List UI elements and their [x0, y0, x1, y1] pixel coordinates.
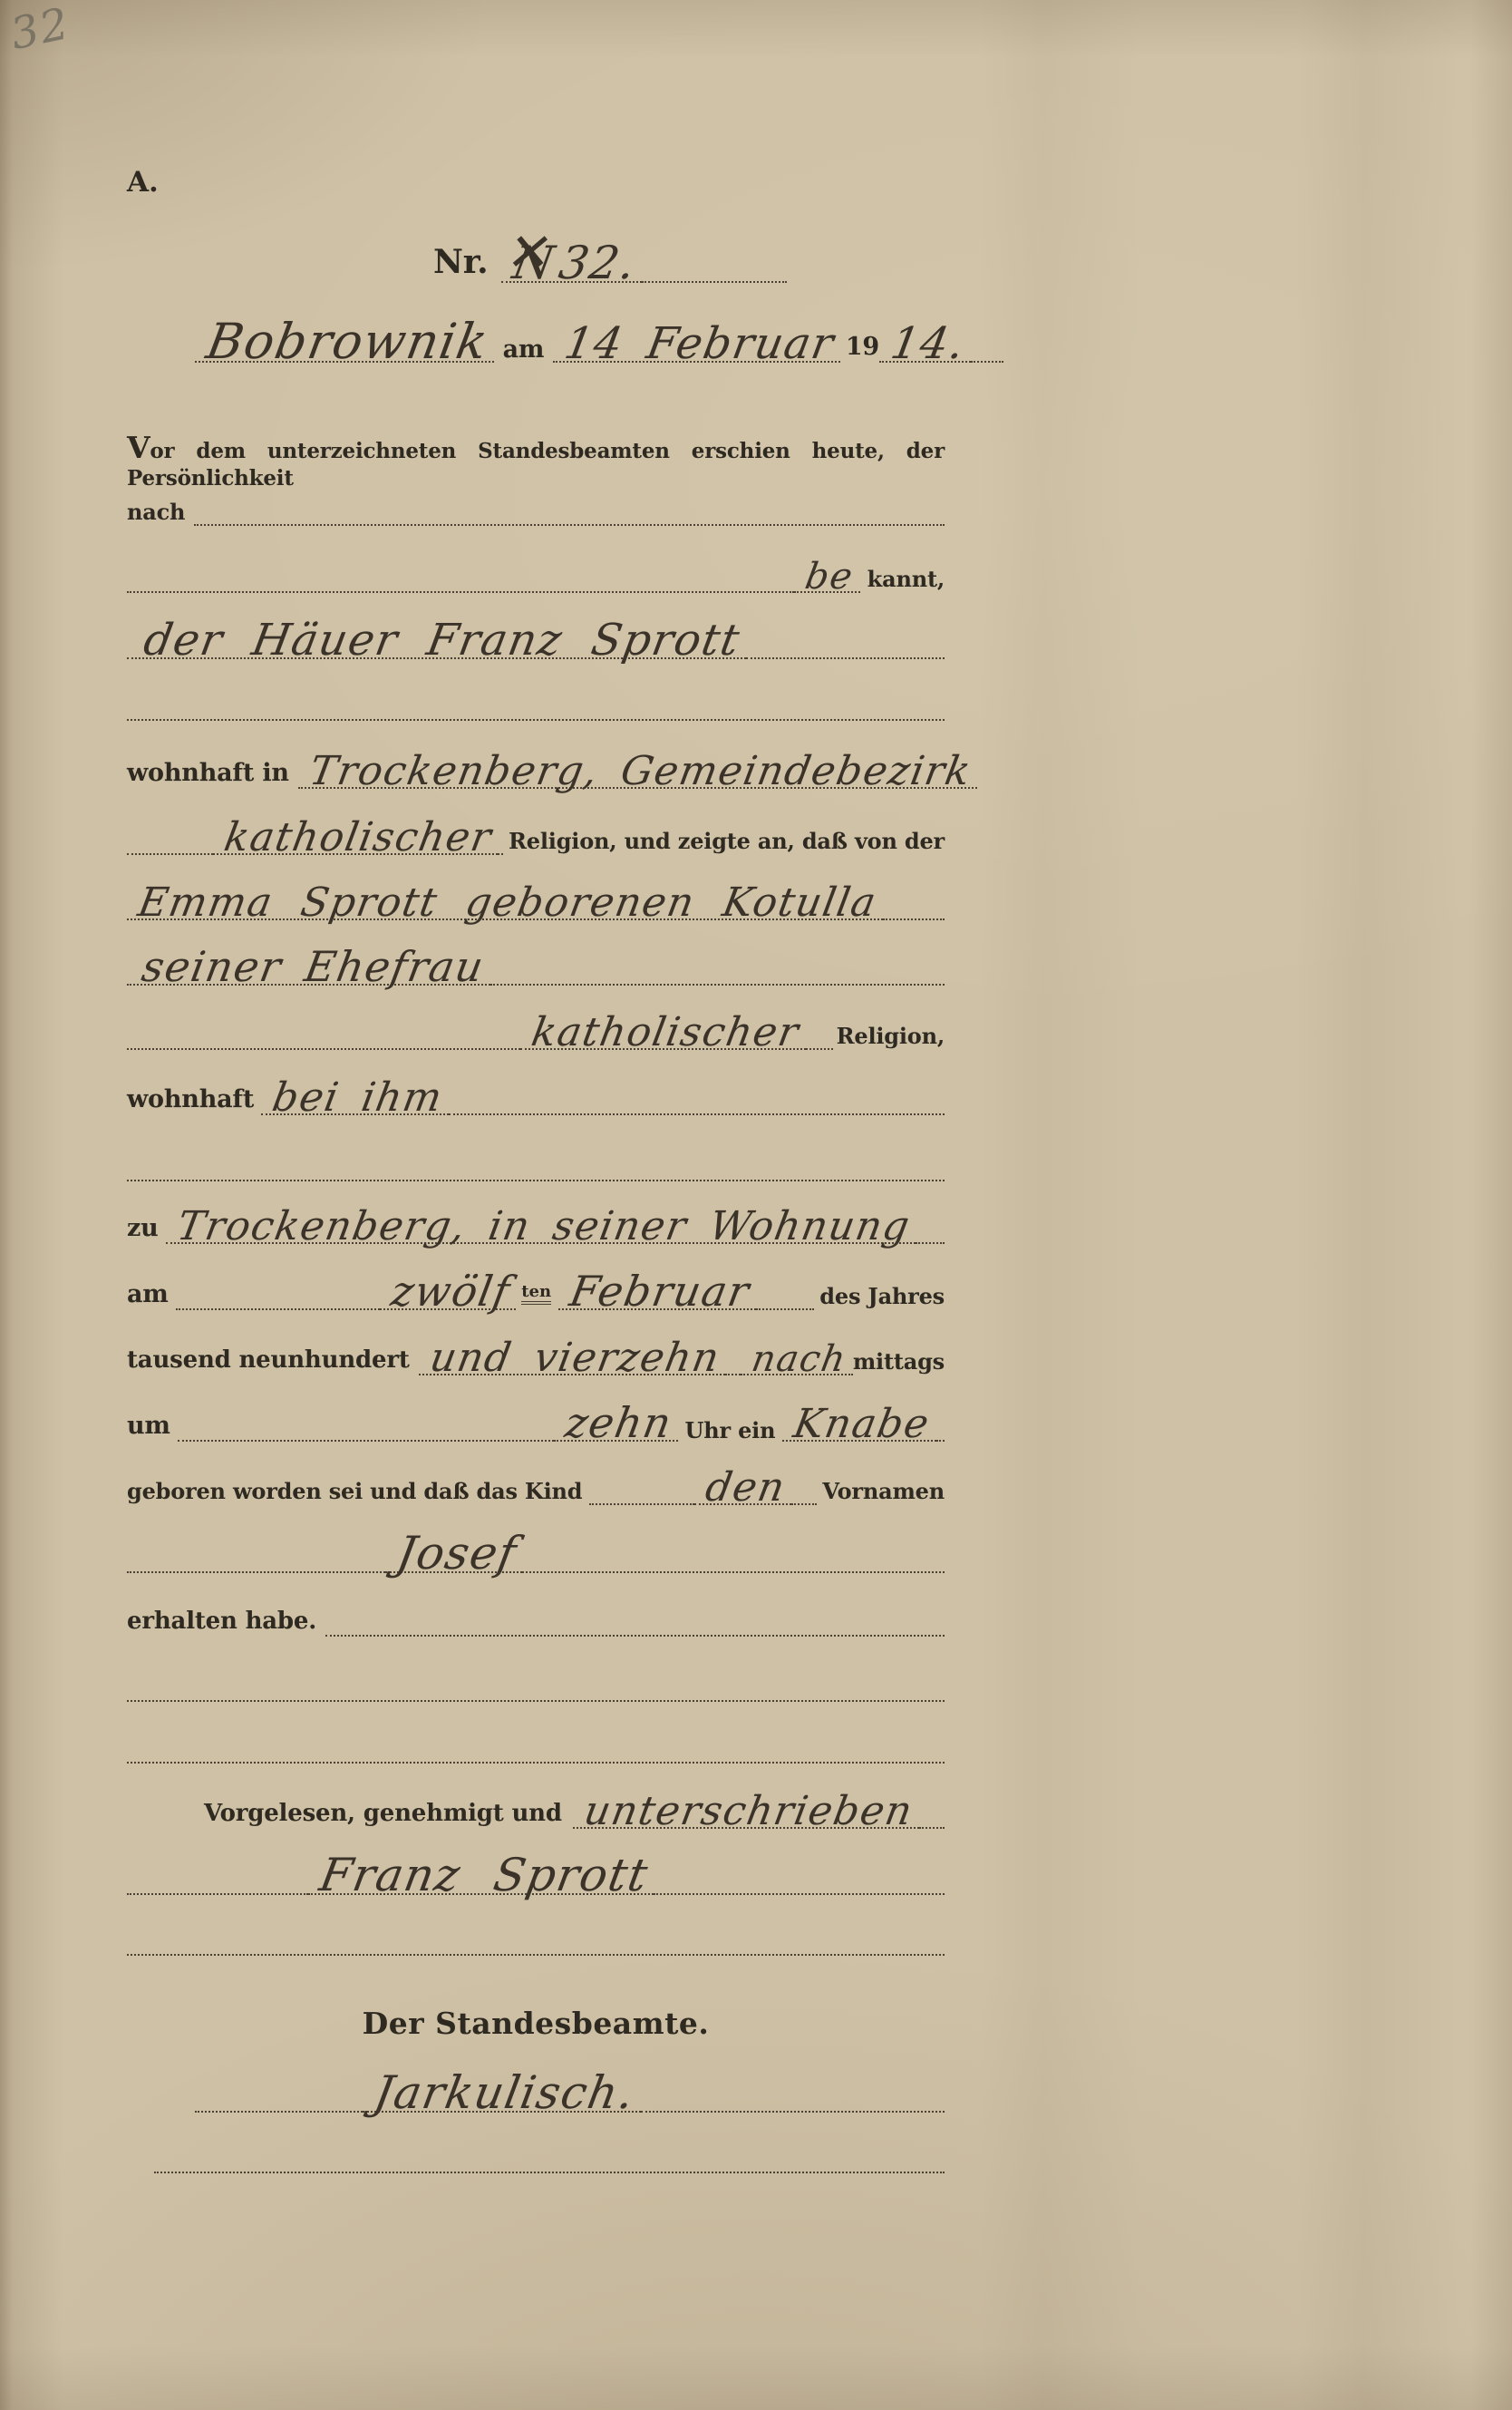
registrar-signature-row: Jarkulisch.	[195, 2045, 945, 2113]
dotted-rule	[589, 1503, 694, 1505]
dotted-rule	[127, 1048, 520, 1050]
blank-rule-row	[127, 1736, 945, 1764]
dotted-rule	[916, 1242, 945, 1244]
dotted-rule	[178, 1440, 554, 1442]
dotted-rule	[806, 1048, 833, 1050]
name-clause-prefix: geboren worden sei und daß das Kind	[127, 1480, 582, 1502]
dotted-rule	[498, 853, 503, 855]
meridiem-entry: nach	[741, 1345, 853, 1375]
bekannt-row: be kannt,	[127, 539, 945, 593]
dotted-rule	[746, 657, 945, 659]
record-number-row: Nr. N✕ 32.	[433, 218, 787, 283]
birth-month-entry: Februar	[558, 1275, 756, 1310]
blank-rule-row	[127, 1675, 945, 1702]
residence-text: Trockenberg, Gemeindebezirk	[307, 755, 974, 787]
dotted-rule	[127, 1571, 385, 1573]
bekannt-entry: be	[794, 562, 859, 593]
birth-place-label: zu	[127, 1216, 159, 1241]
dotted-rule	[127, 853, 213, 855]
dotted-rule	[154, 2172, 945, 2173]
birth-year-row: tausend neunhundert und vierzehn nach mi…	[127, 1317, 945, 1375]
dotted-rule	[195, 2111, 363, 2113]
dotted-rule	[490, 984, 945, 986]
residence-entry: Trockenberg, Gemeindebezirk	[298, 755, 977, 789]
ordinal-suffix: ten	[521, 1284, 551, 1305]
birth-time-row: um zehn Uhr ein Knabe	[127, 1383, 945, 1442]
dotted-rule	[791, 1503, 817, 1505]
religion-mother-printed: Religion,	[837, 1025, 945, 1047]
day-month-entry: 14 Februar	[553, 326, 840, 363]
dotted-rule	[127, 591, 794, 593]
child-sex-entry: Knabe	[782, 1408, 935, 1442]
dotted-rule	[176, 1308, 380, 1310]
name-clause-entry: den	[694, 1472, 791, 1505]
birth-place-text: Trockenberg, in seiner Wohnung	[175, 1210, 913, 1242]
birth-date-am-label: am	[127, 1282, 169, 1307]
birth-day-entry: zwölf	[380, 1275, 517, 1310]
religion-father-row: katholischer Religion, und zeigte an, da…	[127, 801, 945, 855]
blank-rule-row	[127, 694, 945, 721]
year-entry: 14.	[879, 326, 971, 363]
residence-label: wohnhaft in	[127, 761, 289, 786]
dotted-rule	[642, 281, 787, 283]
dotted-rule	[936, 1440, 945, 1442]
religion-father-printed: Religion, und zeigte an, daß von der	[509, 830, 945, 852]
given-name-entry: Josef	[385, 1535, 522, 1573]
blank-rule-row	[154, 2146, 945, 2173]
pencil-archive-number: 32	[6, 0, 74, 60]
meridiem-printed: mittags	[853, 1350, 945, 1373]
place-text: Bobrownik	[204, 322, 491, 361]
mother-text: Emma Sprott geborenen Kotulla	[136, 887, 879, 918]
dotted-rule	[522, 1571, 945, 1573]
birth-date-row: am zwölf ten Februar des Jahres	[127, 1251, 945, 1310]
mother-relation-row: seiner Ehefrau	[127, 922, 945, 986]
declarant-entry: der Häuer Franz Sprott	[127, 623, 746, 659]
given-name-row: Josef	[127, 1510, 945, 1573]
record-number-entry: N✕ 32.	[501, 245, 642, 283]
dotted-rule	[756, 1308, 815, 1310]
residence-mother-label: wohnhaft	[127, 1087, 254, 1113]
birth-year-text: und vierzehn	[428, 1342, 722, 1374]
residence-mother-row: wohnhaft bei ihm	[127, 1061, 945, 1115]
crossout-mark: ✕	[504, 232, 555, 274]
blank-rule-row	[127, 1154, 945, 1181]
blank-rule-row	[127, 1929, 945, 1956]
mother-row: Emma Sprott geborenen Kotulla	[127, 857, 945, 920]
declarant-row: der Häuer Franz Sprott	[127, 596, 945, 659]
declarant-signature-row: Franz Sprott	[127, 1832, 945, 1895]
declarant-text: der Häuer Franz Sprott	[141, 623, 742, 657]
dotted-rule	[325, 1635, 945, 1637]
declarant-signature-entry: Franz Sprott	[308, 1857, 654, 1895]
dotted-rule	[127, 1700, 945, 1702]
registrar-heading: Der Standesbeamte.	[127, 2006, 945, 2041]
received-row: erhalten habe.	[127, 1582, 945, 1637]
religion-mother-row: katholischer Religion,	[127, 996, 945, 1050]
registrar-signature-entry: Jarkulisch.	[363, 2075, 641, 2113]
dotted-rule	[725, 1374, 741, 1375]
uhr-label: Uhr ein	[685, 1419, 776, 1442]
dotted-rule	[127, 1762, 945, 1764]
mother-entry: Emma Sprott geborenen Kotulla	[127, 887, 883, 920]
religion-mother-handwritten: katholischer	[529, 1016, 801, 1048]
name-clause-handwritten: den	[703, 1472, 788, 1503]
received-label: erhalten habe.	[127, 1609, 316, 1634]
dotted-rule	[883, 918, 945, 920]
name-clause-suffix: Vornamen	[822, 1480, 945, 1502]
residence-mother-entry: bei ihm	[261, 1082, 449, 1115]
religion-father-entry: katholischer	[213, 821, 498, 855]
dotted-rule	[919, 1827, 945, 1829]
birth-day-text: zwölf	[389, 1275, 513, 1308]
day-month-text: 14 Februar	[562, 326, 837, 361]
dotted-rule	[971, 361, 1003, 363]
closing-row: Vorgelesen, genehmigt und unterschrieben	[204, 1770, 945, 1829]
mother-relation-entry: seiner Ehefrau	[127, 950, 490, 986]
residence-mother-text: bei ihm	[270, 1082, 445, 1113]
nach-row: nach	[127, 471, 945, 526]
nach-label: nach	[127, 500, 185, 523]
bekannt-handwritten: be	[803, 562, 856, 591]
birth-hour-text: zehn	[563, 1406, 674, 1440]
place-entry: Bobrownik	[195, 322, 494, 363]
year-text: 14.	[888, 326, 968, 361]
place-date-row: Bobrownik am 14 Februar 19 14.	[195, 299, 945, 363]
birth-place-entry: Trockenberg, in seiner Wohnung	[166, 1210, 916, 1244]
child-sex-text: Knabe	[791, 1408, 932, 1440]
mother-relation-text: seiner Ehefrau	[140, 950, 487, 984]
thousand-label: tausend neunhundert	[127, 1348, 410, 1373]
dotted-rule	[449, 1113, 945, 1115]
registrar-signature-text: Jarkulisch.	[372, 2075, 638, 2111]
record-number-label: Nr.	[433, 246, 489, 280]
birth-hour-entry: zehn	[554, 1406, 678, 1442]
year-label: des Jahres	[819, 1285, 945, 1307]
bekannt-printed: kannt,	[867, 568, 945, 590]
closing-entry: unterschrieben	[573, 1795, 919, 1829]
record-number-value: 32.	[557, 245, 639, 281]
dotted-rule	[194, 524, 945, 526]
dotted-rule	[127, 719, 945, 721]
name-clause-row: geboren worden sei und daß das Kind den …	[127, 1451, 945, 1505]
year-printed: 19	[846, 335, 879, 360]
dotted-rule	[641, 2111, 945, 2113]
residence-row: wohnhaft in Trockenberg, Gemeindebezirk	[127, 725, 945, 789]
dotted-rule	[127, 1954, 945, 1956]
birth-place-row: zu Trockenberg, in seiner Wohnung	[127, 1181, 945, 1244]
closing-printed: Vorgelesen, genehmigt und	[204, 1802, 562, 1826]
dotted-rule	[127, 1893, 308, 1895]
closing-handwritten: unterschrieben	[582, 1795, 916, 1827]
birth-year-entry: und vierzehn	[419, 1342, 726, 1375]
declarant-signature-text: Franz Sprott	[317, 1857, 651, 1893]
section-label: A.	[127, 166, 159, 199]
um-label: um	[127, 1414, 170, 1439]
given-name-text: Josef	[394, 1535, 519, 1571]
birth-month-text: Februar	[567, 1275, 752, 1308]
birth-record-page: 32 A. Nr. N✕ 32. Bobrownik am 14 Februar…	[0, 0, 1512, 2410]
am-label: am	[503, 337, 545, 363]
religion-father-handwritten: katholischer	[222, 821, 494, 853]
religion-mother-entry: katholischer	[520, 1016, 805, 1050]
meridiem-handwritten: nach	[750, 1345, 848, 1374]
dotted-rule	[654, 1893, 945, 1895]
record-number-crossed-out: N✕	[510, 245, 557, 281]
